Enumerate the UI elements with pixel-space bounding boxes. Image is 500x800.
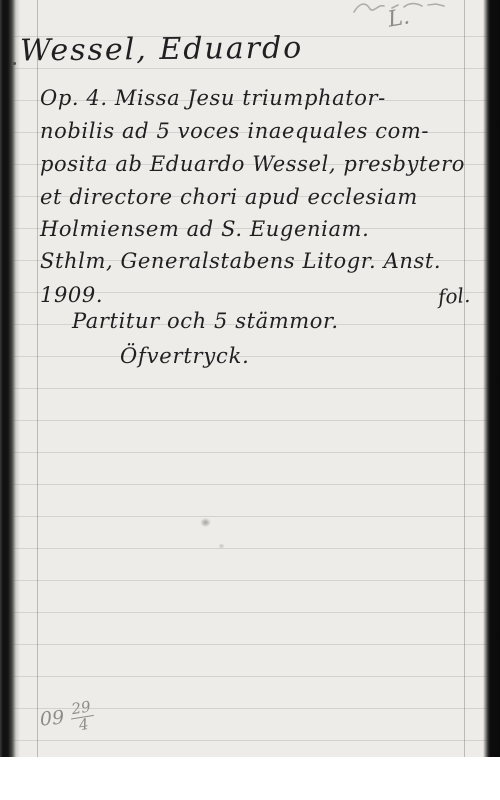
ink-smudge (198, 516, 213, 529)
format-note: fol. (437, 283, 471, 309)
ink-smudge-small (217, 542, 226, 550)
holdings-line: Partitur och 5 stämmor. (72, 309, 339, 333)
pencil-annotation-bottom-left: 09294 (39, 700, 96, 737)
left-margin-rule (37, 0, 38, 757)
body-line: posita ab Eduardo Wessel, presbytero (40, 152, 465, 176)
scan-edge-right (483, 0, 500, 757)
pencil-date-denominator: 4 (71, 716, 96, 735)
pencil-date-fraction: 294 (69, 699, 97, 735)
ruled-lines (0, 5, 500, 755)
body-line: Sthlm, Generalstabens Litogr. Anst. (40, 249, 441, 273)
catalog-card-paper: L. Wessel, Eduardo Op. 4. Missa Jesu tri… (0, 0, 500, 757)
scanned-catalog-card-page: L. Wessel, Eduardo Op. 4. Missa Jesu tri… (0, 0, 500, 800)
scan-edge-left (0, 0, 20, 757)
card-heading-author: Wessel, Eduardo (20, 31, 304, 69)
body-line: nobilis ad 5 voces inaequales com- (40, 119, 429, 143)
body-line: et directore chori apud ecclesiam (40, 185, 418, 209)
pencil-annotation-top-right: L. (386, 4, 412, 32)
blank-area-below-scan (0, 757, 500, 800)
pencil-date-prefix: 09 (39, 707, 65, 731)
body-line: Holmiensem ad S. Eugeniam. (40, 217, 369, 241)
print-note: Öfvertryck. (120, 344, 250, 368)
right-margin-rule (464, 0, 465, 757)
body-line-year: 1909. (40, 283, 103, 307)
body-line: Op. 4. Missa Jesu triumphator- (40, 86, 386, 110)
